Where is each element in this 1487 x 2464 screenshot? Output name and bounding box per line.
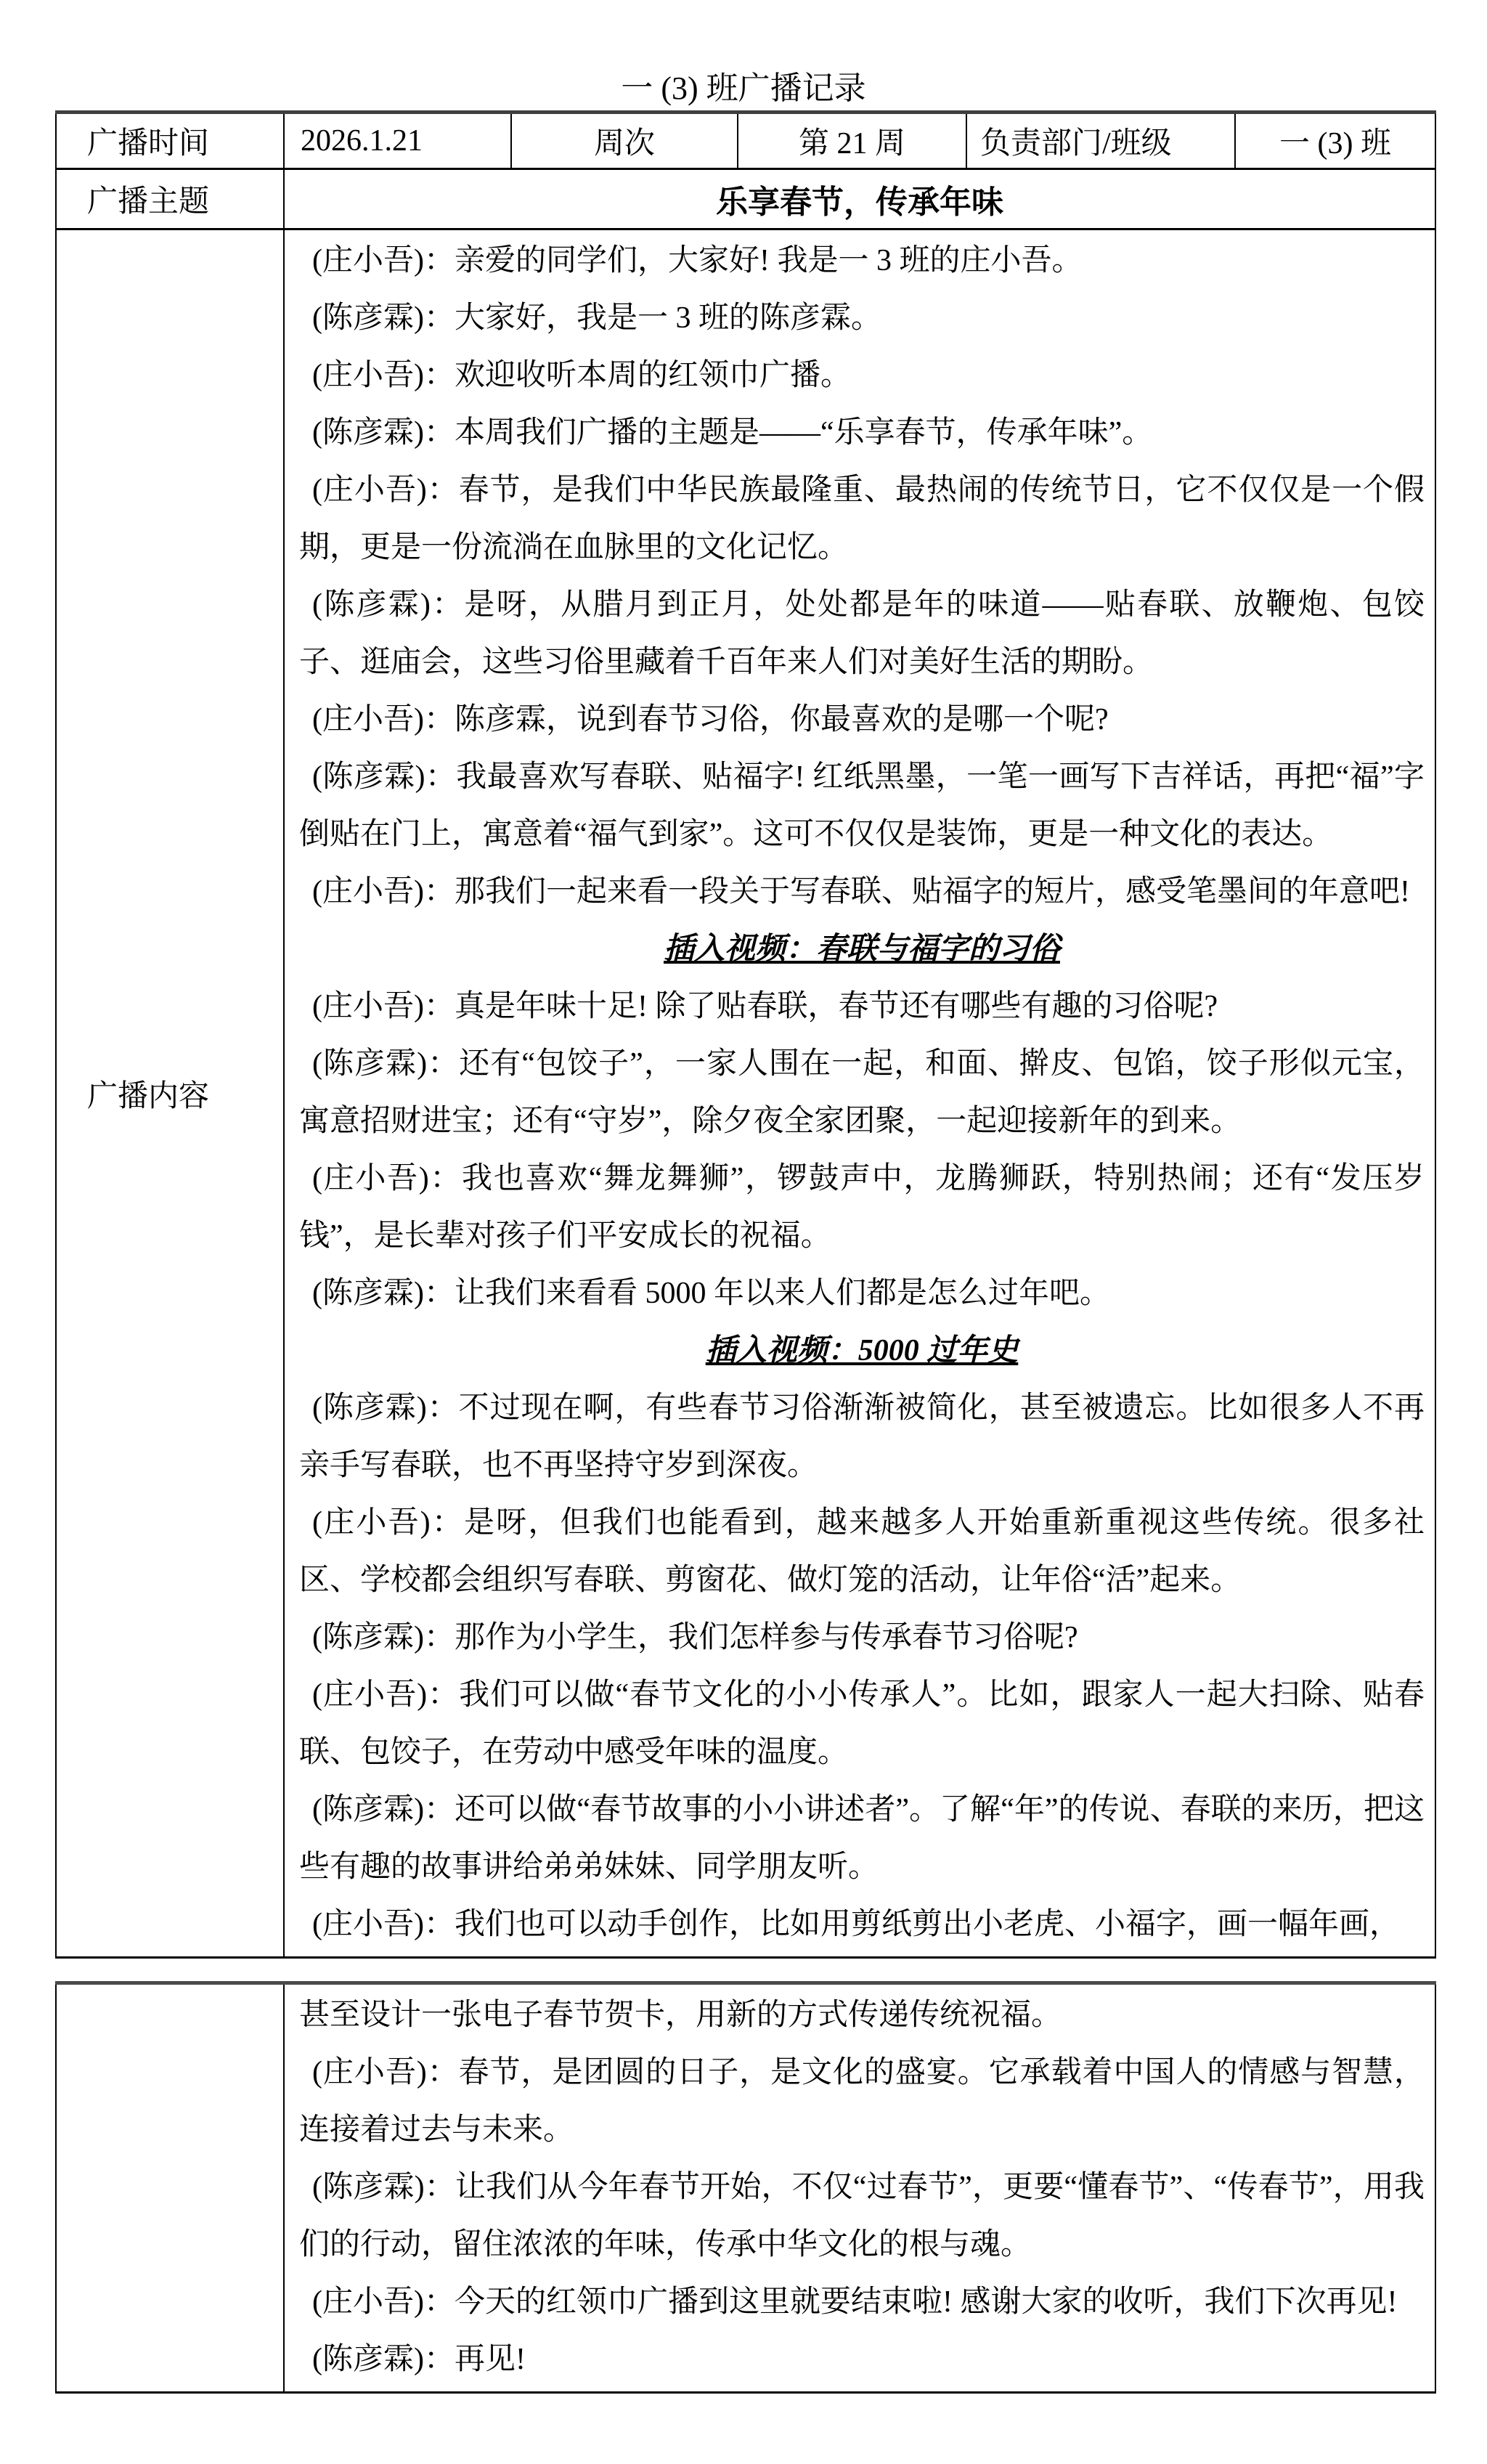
dialogue-line: (陈彦霖)：还可以做“春节故事的小小讲述者”。了解“年”的传说、春联的来历，把这… (299, 1781, 1425, 1896)
week-number-value: 第 21 周 (738, 113, 966, 169)
dialogue-line: (庄小吾)：我也喜欢“舞龙舞狮”，锣鼓声中，龙腾狮跃，特别热闹；还有“发压岁钱”… (299, 1150, 1425, 1265)
dialogue-line: (庄小吾)：春节，是我们中华民族最隆重、最热闹的传统节日，它不仅仅是一个假期，更… (299, 462, 1425, 577)
broadcast-transcript-continued: 甚至设计一张电子春节贺卡，用新的方式传递传统祝福。(庄小吾)：春节，是团圆的日子… (299, 1987, 1425, 2388)
broadcast-theme-label: 广播主题 (56, 169, 284, 229)
video-cue-line: 插入视频：春联与福字的习俗 (299, 921, 1425, 978)
dialogue-line: (庄小吾)：今天的红领巾广播到这里就要结束啦! 感谢大家的收听，我们下次再见! (299, 2274, 1425, 2331)
dialogue-line: (庄小吾)：我们也可以动手创作，比如用剪纸剪出小老虎、小福字，画一幅年画， (299, 1896, 1425, 1953)
dialogue-line: (陈彦霖)：大家好，我是一 3 班的陈彦霖。 (299, 290, 1425, 347)
document-page: 一 (3) 班广播记录 广播时间 2026.1.21 周次 第 21 周 负责部… (0, 0, 1487, 2464)
broadcast-content-cell: (庄小吾)：亲爱的同学们，大家好! 我是一 3 班的庄小吾。(陈彦霖)：大家好，… (284, 229, 1435, 1958)
dialogue-line: (陈彦霖)：让我们来看看 5000 年以来人们都是怎么过年吧。 (299, 1265, 1425, 1322)
broadcast-time-label: 广播时间 (56, 113, 284, 169)
broadcast-content-cell-continued: 甚至设计一张电子春节贺卡，用新的方式传递传统祝福。(庄小吾)：春节，是团圆的日子… (284, 1983, 1435, 2393)
empty-label-cell (56, 1983, 284, 2393)
broadcast-content-label: 广播内容 (56, 229, 284, 1958)
dialogue-line: (庄小吾)：春节，是团圆的日子，是文化的盛宴。它承载着中国人的情感与智慧，连接着… (299, 2044, 1425, 2159)
department-class-value: 一 (3) 班 (1235, 113, 1435, 169)
dialogue-line: (陈彦霖)：我最喜欢写春联、贴福字! 红纸黑墨，一笔一画写下吉祥话，再把“福”字… (299, 749, 1425, 863)
dialogue-line: (陈彦霖)：那作为小学生，我们怎样参与传承春节习俗呢? (299, 1609, 1425, 1667)
video-cue-line: 插入视频：5000 过年史 (299, 1322, 1425, 1380)
content-row: 广播内容 (庄小吾)：亲爱的同学们，大家好! 我是一 3 班的庄小吾。(陈彦霖)… (56, 229, 1435, 1958)
dialogue-line: (庄小吾)：那我们一起来看一段关于写春联、贴福字的短片，感受笔墨间的年意吧! (299, 863, 1425, 921)
dialogue-line: (陈彦霖)：本周我们广播的主题是——“乐享春节，传承年味”。 (299, 404, 1425, 462)
week-number-label: 周次 (511, 113, 738, 169)
document-title: 一 (3) 班广播记录 (0, 71, 1487, 106)
dialogue-continuation-line: 甚至设计一张电子春节贺卡，用新的方式传递传统祝福。 (299, 1987, 1425, 2044)
dialogue-line: (陈彦霖)：让我们从今年春节开始，不仅“过春节”，更要“懂春节”、“传春节”，用… (299, 2159, 1425, 2274)
broadcast-theme-value: 乐享春节，传承年味 (284, 169, 1435, 229)
broadcast-time-value: 2026.1.21 (284, 113, 511, 169)
header-row: 广播时间 2026.1.21 周次 第 21 周 负责部门/班级 一 (3) 班 (56, 113, 1435, 169)
broadcast-transcript: (庄小吾)：亲爱的同学们，大家好! 我是一 3 班的庄小吾。(陈彦霖)：大家好，… (299, 232, 1425, 1953)
theme-row: 广播主题 乐享春节，传承年味 (56, 169, 1435, 229)
broadcast-record-table: 广播时间 2026.1.21 周次 第 21 周 负责部门/班级 一 (3) 班… (55, 110, 1436, 1959)
department-class-label: 负责部门/班级 (966, 113, 1235, 169)
dialogue-line: (陈彦霖)：还有“包饺子”，一家人围在一起，和面、擀皮、包馅，饺子形似元宝，寓意… (299, 1036, 1425, 1150)
dialogue-line: (庄小吾)：欢迎收听本周的红领巾广播。 (299, 347, 1425, 404)
dialogue-line: (庄小吾)：我们可以做“春节文化的小小传承人”。比如，跟家人一起大扫除、贴春联、… (299, 1667, 1425, 1781)
dialogue-line: (陈彦霖)：是呀，从腊月到正月，处处都是年的味道——贴春联、放鞭炮、包饺子、逛庙… (299, 577, 1425, 691)
dialogue-line: (庄小吾)：亲爱的同学们，大家好! 我是一 3 班的庄小吾。 (299, 232, 1425, 290)
content-row-continued: 甚至设计一张电子春节贺卡，用新的方式传递传统祝福。(庄小吾)：春节，是团圆的日子… (56, 1983, 1435, 2393)
dialogue-line: (陈彦霖)：再见! (299, 2331, 1425, 2388)
dialogue-line: (庄小吾)：是呀，但我们也能看到，越来越多人开始重新重视这些传统。很多社区、学校… (299, 1495, 1425, 1609)
broadcast-record-table-continued: 甚至设计一张电子春节贺卡，用新的方式传递传统祝福。(庄小吾)：春节，是团圆的日子… (55, 1981, 1436, 2394)
dialogue-line: (陈彦霖)：不过现在啊，有些春节习俗渐渐被简化，甚至被遗忘。比如很多人不再亲手写… (299, 1380, 1425, 1495)
dialogue-line: (庄小吾)：陈彦霖，说到春节习俗，你最喜欢的是哪一个呢? (299, 691, 1425, 749)
dialogue-line: (庄小吾)：真是年味十足! 除了贴春联，春节还有哪些有趣的习俗呢? (299, 978, 1425, 1036)
